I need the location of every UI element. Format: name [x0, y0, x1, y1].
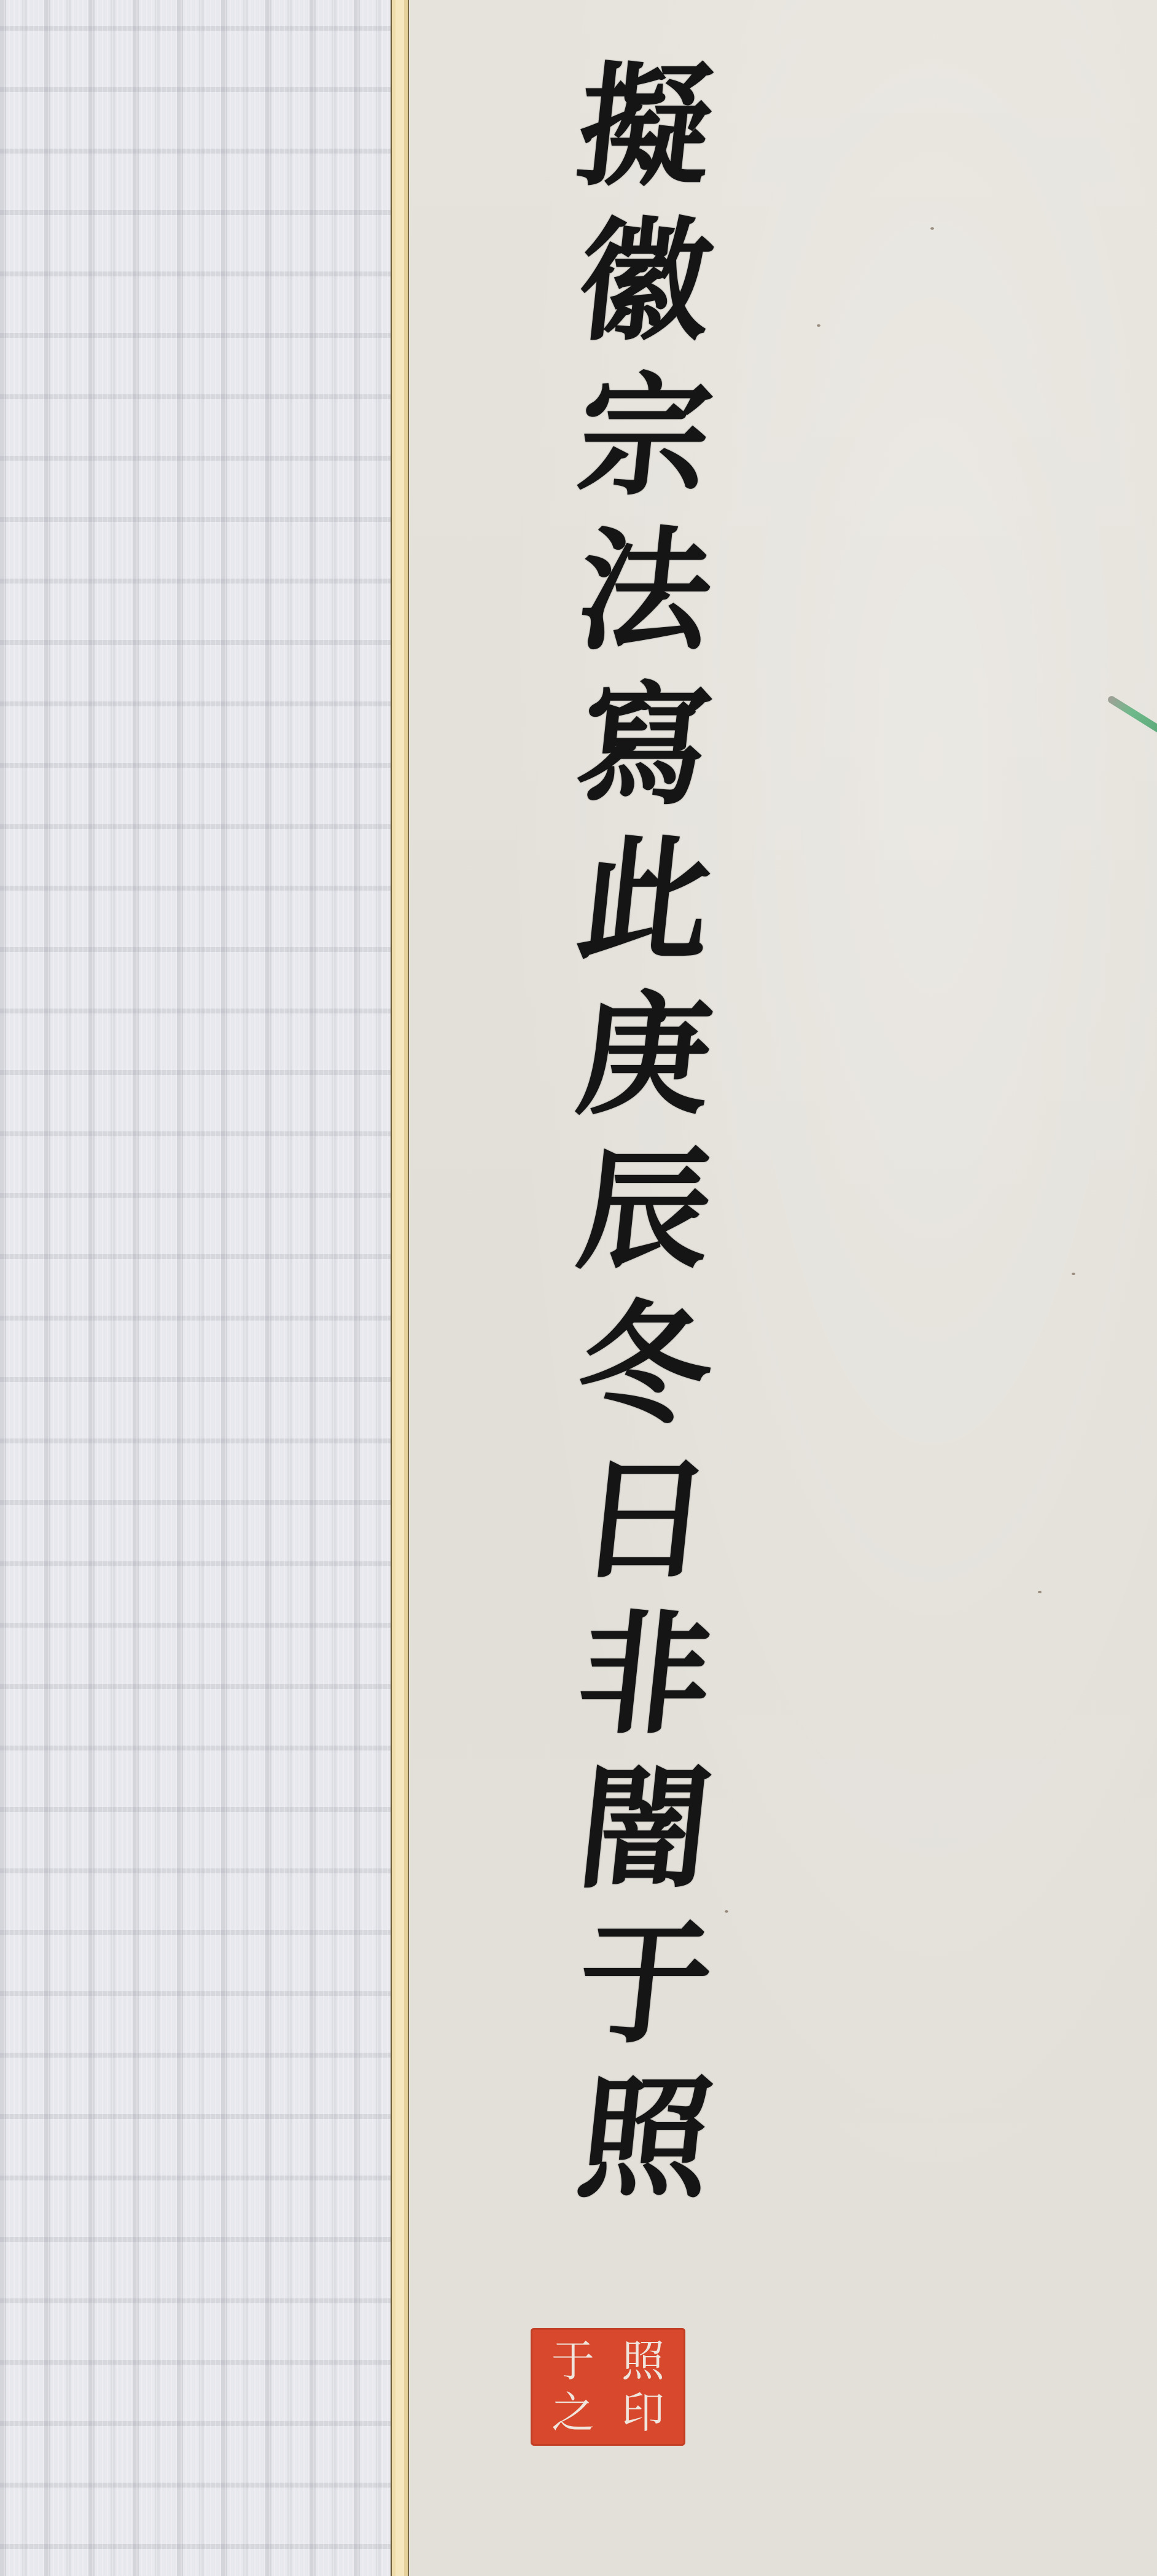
seal-char: 照: [608, 2335, 678, 2387]
calligraphy-inscription-column: 擬 徽 宗 法 寫 此 庚 辰 冬 日 非 闇 于 照: [516, 49, 774, 2216]
inscription-char: 日: [571, 1442, 719, 1597]
inscription-char: 闇: [571, 1752, 719, 1907]
inscription-char: 宗: [571, 359, 719, 513]
paper-speck: [930, 227, 934, 230]
inscription-char: 徽: [571, 204, 719, 359]
inscription-char: 辰: [571, 1133, 719, 1287]
inscription-char: 非: [571, 1597, 719, 1752]
inscription-char: 冬: [571, 1287, 719, 1442]
red-artist-seal: 于 照 之 印: [531, 2328, 685, 2446]
seal-char: 于: [538, 2335, 608, 2387]
paper-speck: [1038, 1591, 1042, 1593]
brocade-mounting: [0, 0, 393, 2576]
inscription-char: 照: [571, 2061, 719, 2216]
inscription-char: 庚: [571, 978, 719, 1133]
inscription-char: 此: [571, 823, 719, 978]
seal-char: 之: [538, 2387, 608, 2438]
inscription-char: 寫: [571, 668, 719, 823]
seal-char: 印: [608, 2387, 678, 2438]
inscription-char: 法: [571, 513, 719, 668]
gold-border-strip: [391, 0, 409, 2576]
paper-speck: [817, 324, 820, 327]
inscription-char: 于: [571, 1907, 719, 2061]
paper-speck: [1072, 1273, 1075, 1275]
inscription-char: 擬: [571, 49, 719, 204]
